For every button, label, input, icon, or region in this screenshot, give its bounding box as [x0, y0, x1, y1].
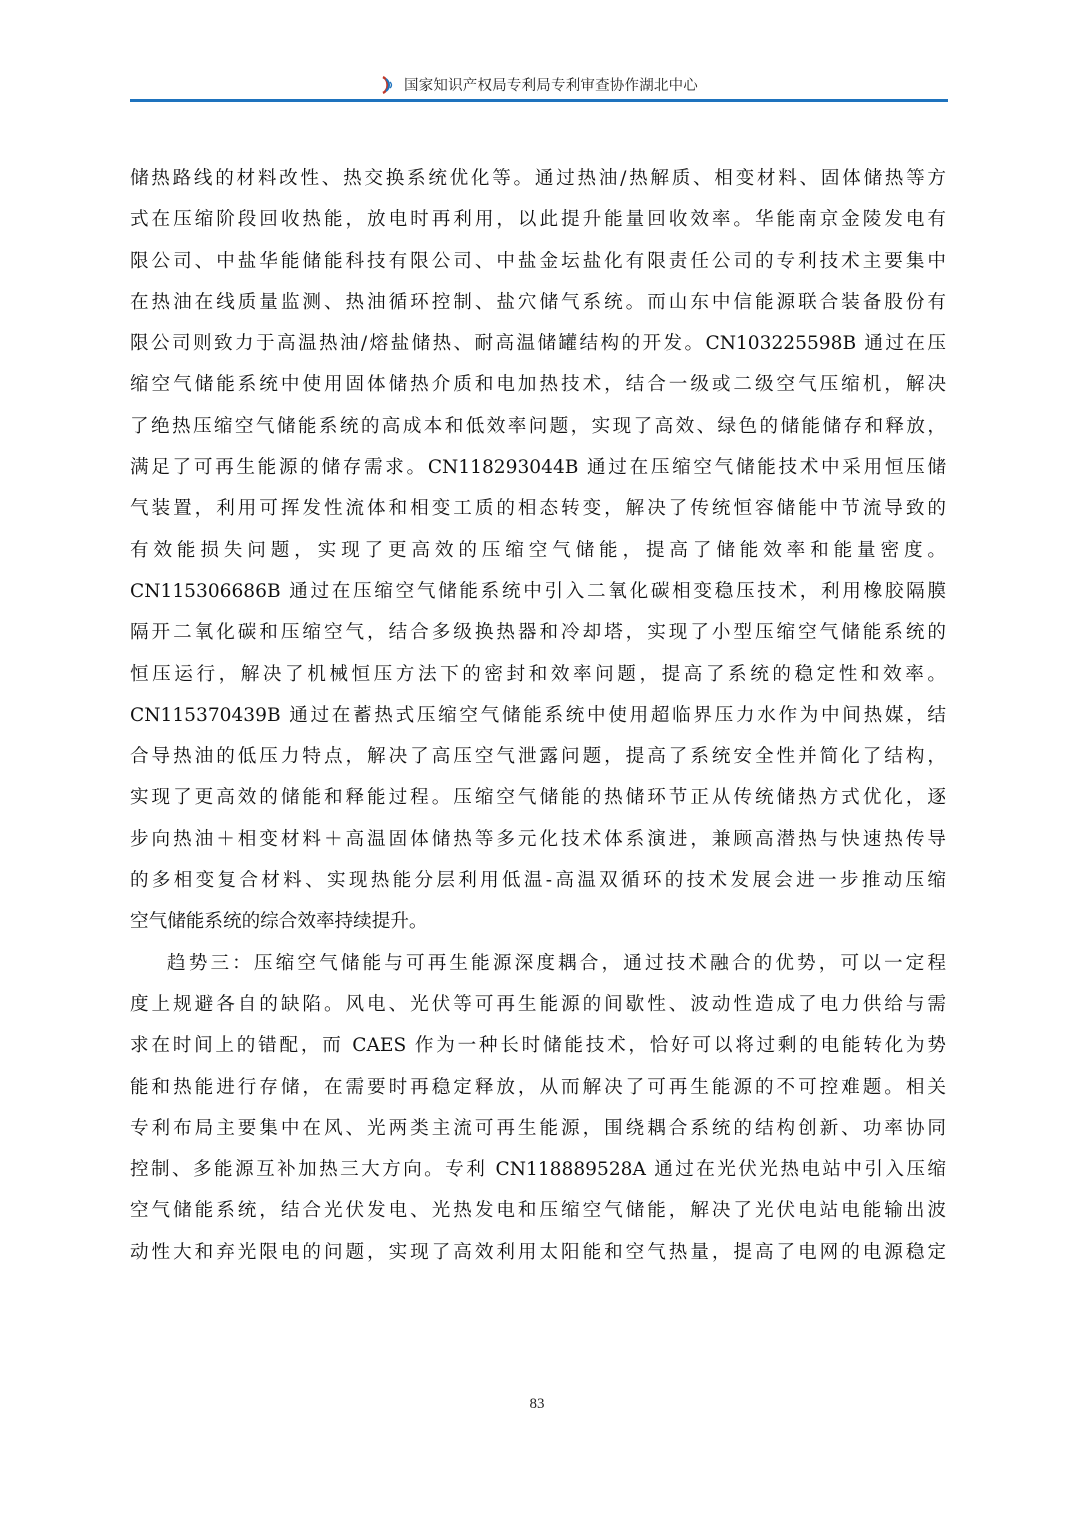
text-line: 专利布局主要集中在风、光两类主流可再生能源，围绕耦合系统的结构创新、功率协同 [130, 1108, 946, 1149]
text-line: 控制、多能源互补加热三大方向。专利 CN118889528A 通过在光伏光热电站… [130, 1149, 946, 1190]
text-line: 储热路线的材料改性、热交换系统优化等。通过热油/热解质、相变材料、固体储热等方 [130, 158, 946, 199]
page-number: 83 [0, 1396, 1074, 1413]
text-line: 合导热油的低压力特点，解决了高压空气泄露问题，提高了系统安全性并简化了结构， [130, 736, 946, 777]
cnipa-logo-icon [380, 76, 394, 94]
text-line: 有效能损失问题，实现了更高效的压缩空气储能，提高了储能效率和能量密度。 [130, 530, 946, 571]
text-line: 求在时间上的错配，而 CAES 作为一种长时储能技术，恰好可以将过剩的电能转化为… [130, 1025, 946, 1066]
text-line: 动性大和弃光限电的问题，实现了高效利用太阳能和空气热量，提高了电网的电源稳定 [130, 1232, 946, 1273]
text-line: 空气储能系统，结合光伏发电、光热发电和压缩空气储能，解决了光伏电站电能输出波 [130, 1190, 946, 1231]
text-line: 能和热能进行存储，在需要时再稳定释放，从而解决了可再生能源的不可控难题。相关 [130, 1067, 946, 1108]
text-line: 在热油在线质量监测、热油循环控制、盐穴储气系统。而山东中信能源联合装备股份有 [130, 282, 946, 323]
header-title: 国家知识产权局专利局专利审查协作湖北中心 [404, 78, 698, 94]
text-line: 恒压运行，解决了机械恒压方法下的密封和效率问题，提高了系统的稳定性和效率。 [130, 654, 946, 695]
text-line: 空气储能系统的综合效率持续提升。 [130, 901, 946, 942]
text-line: 隔开二氧化碳和压缩空气，结合多级换热器和冷却塔，实现了小型压缩空气储能系统的 [130, 612, 946, 653]
text-line: 趋势三：压缩空气储能与可再生能源深度耦合，通过技术融合的优势，可以一定程 [130, 943, 946, 984]
text-line: 缩空气储能系统中使用固体储热介质和电加热技术，结合一级或二级空气压缩机，解决 [130, 364, 946, 405]
document-body: 储热路线的材料改性、热交换系统优化等。通过热油/热解质、相变材料、固体储热等方 … [130, 158, 946, 1273]
text-line: 步向热油＋相变材料＋高温固体储热等多元化技术体系演进，兼顾高潜热与快速热传导 [130, 819, 946, 860]
text-line: 气装置，利用可挥发性流体和相变工质的相态转变，解决了传统恒容储能中节流导致的 [130, 488, 946, 529]
text-line: 满足了可再生能源的储存需求。CN118293044B 通过在压缩空气储能技术中采… [130, 447, 946, 488]
text-line: 限公司、中盐华能储能科技有限公司、中盐金坛盐化有限责任公司的专利技术主要集中 [130, 241, 946, 282]
text-line: 了绝热压缩空气储能系统的高成本和低效率问题，实现了高效、绿色的储能储存和释放， [130, 406, 946, 447]
page-header: 国家知识产权局专利局专利审查协作湖北中心 [130, 70, 948, 104]
paragraph: 趋势三：压缩空气储能与可再生能源深度耦合，通过技术融合的优势，可以一定程 度上规… [130, 943, 946, 1273]
text-line: CN115370439B 通过在蓄热式压缩空气储能系统中使用超临界压力水作为中间… [130, 695, 946, 736]
text-line: CN115306686B 通过在压缩空气储能系统中引入二氧化碳相变稳压技术，利用… [130, 571, 946, 612]
header-title-row: 国家知识产权局专利局专利审查协作湖北中心 [130, 74, 948, 95]
header-divider [130, 99, 948, 102]
text-line: 式在压缩阶段回收热能，放电时再利用，以此提升能量回收效率。华能南京金陵发电有 [130, 199, 946, 240]
paragraph: 储热路线的材料改性、热交换系统优化等。通过热油/热解质、相变材料、固体储热等方 … [130, 158, 946, 943]
text-line: 度上规避各自的缺陷。风电、光伏等可再生能源的间歇性、波动性造成了电力供给与需 [130, 984, 946, 1025]
text-line: 的多相变复合材料、实现热能分层利用低温-高温双循环的技术发展会进一步推动压缩 [130, 860, 946, 901]
text-line: 限公司则致力于高温热油/熔盐储热、耐高温储罐结构的开发。CN103225598B… [130, 323, 946, 364]
text-line: 实现了更高效的储能和释能过程。压缩空气储能的热储环节正从传统储热方式优化，逐 [130, 777, 946, 818]
